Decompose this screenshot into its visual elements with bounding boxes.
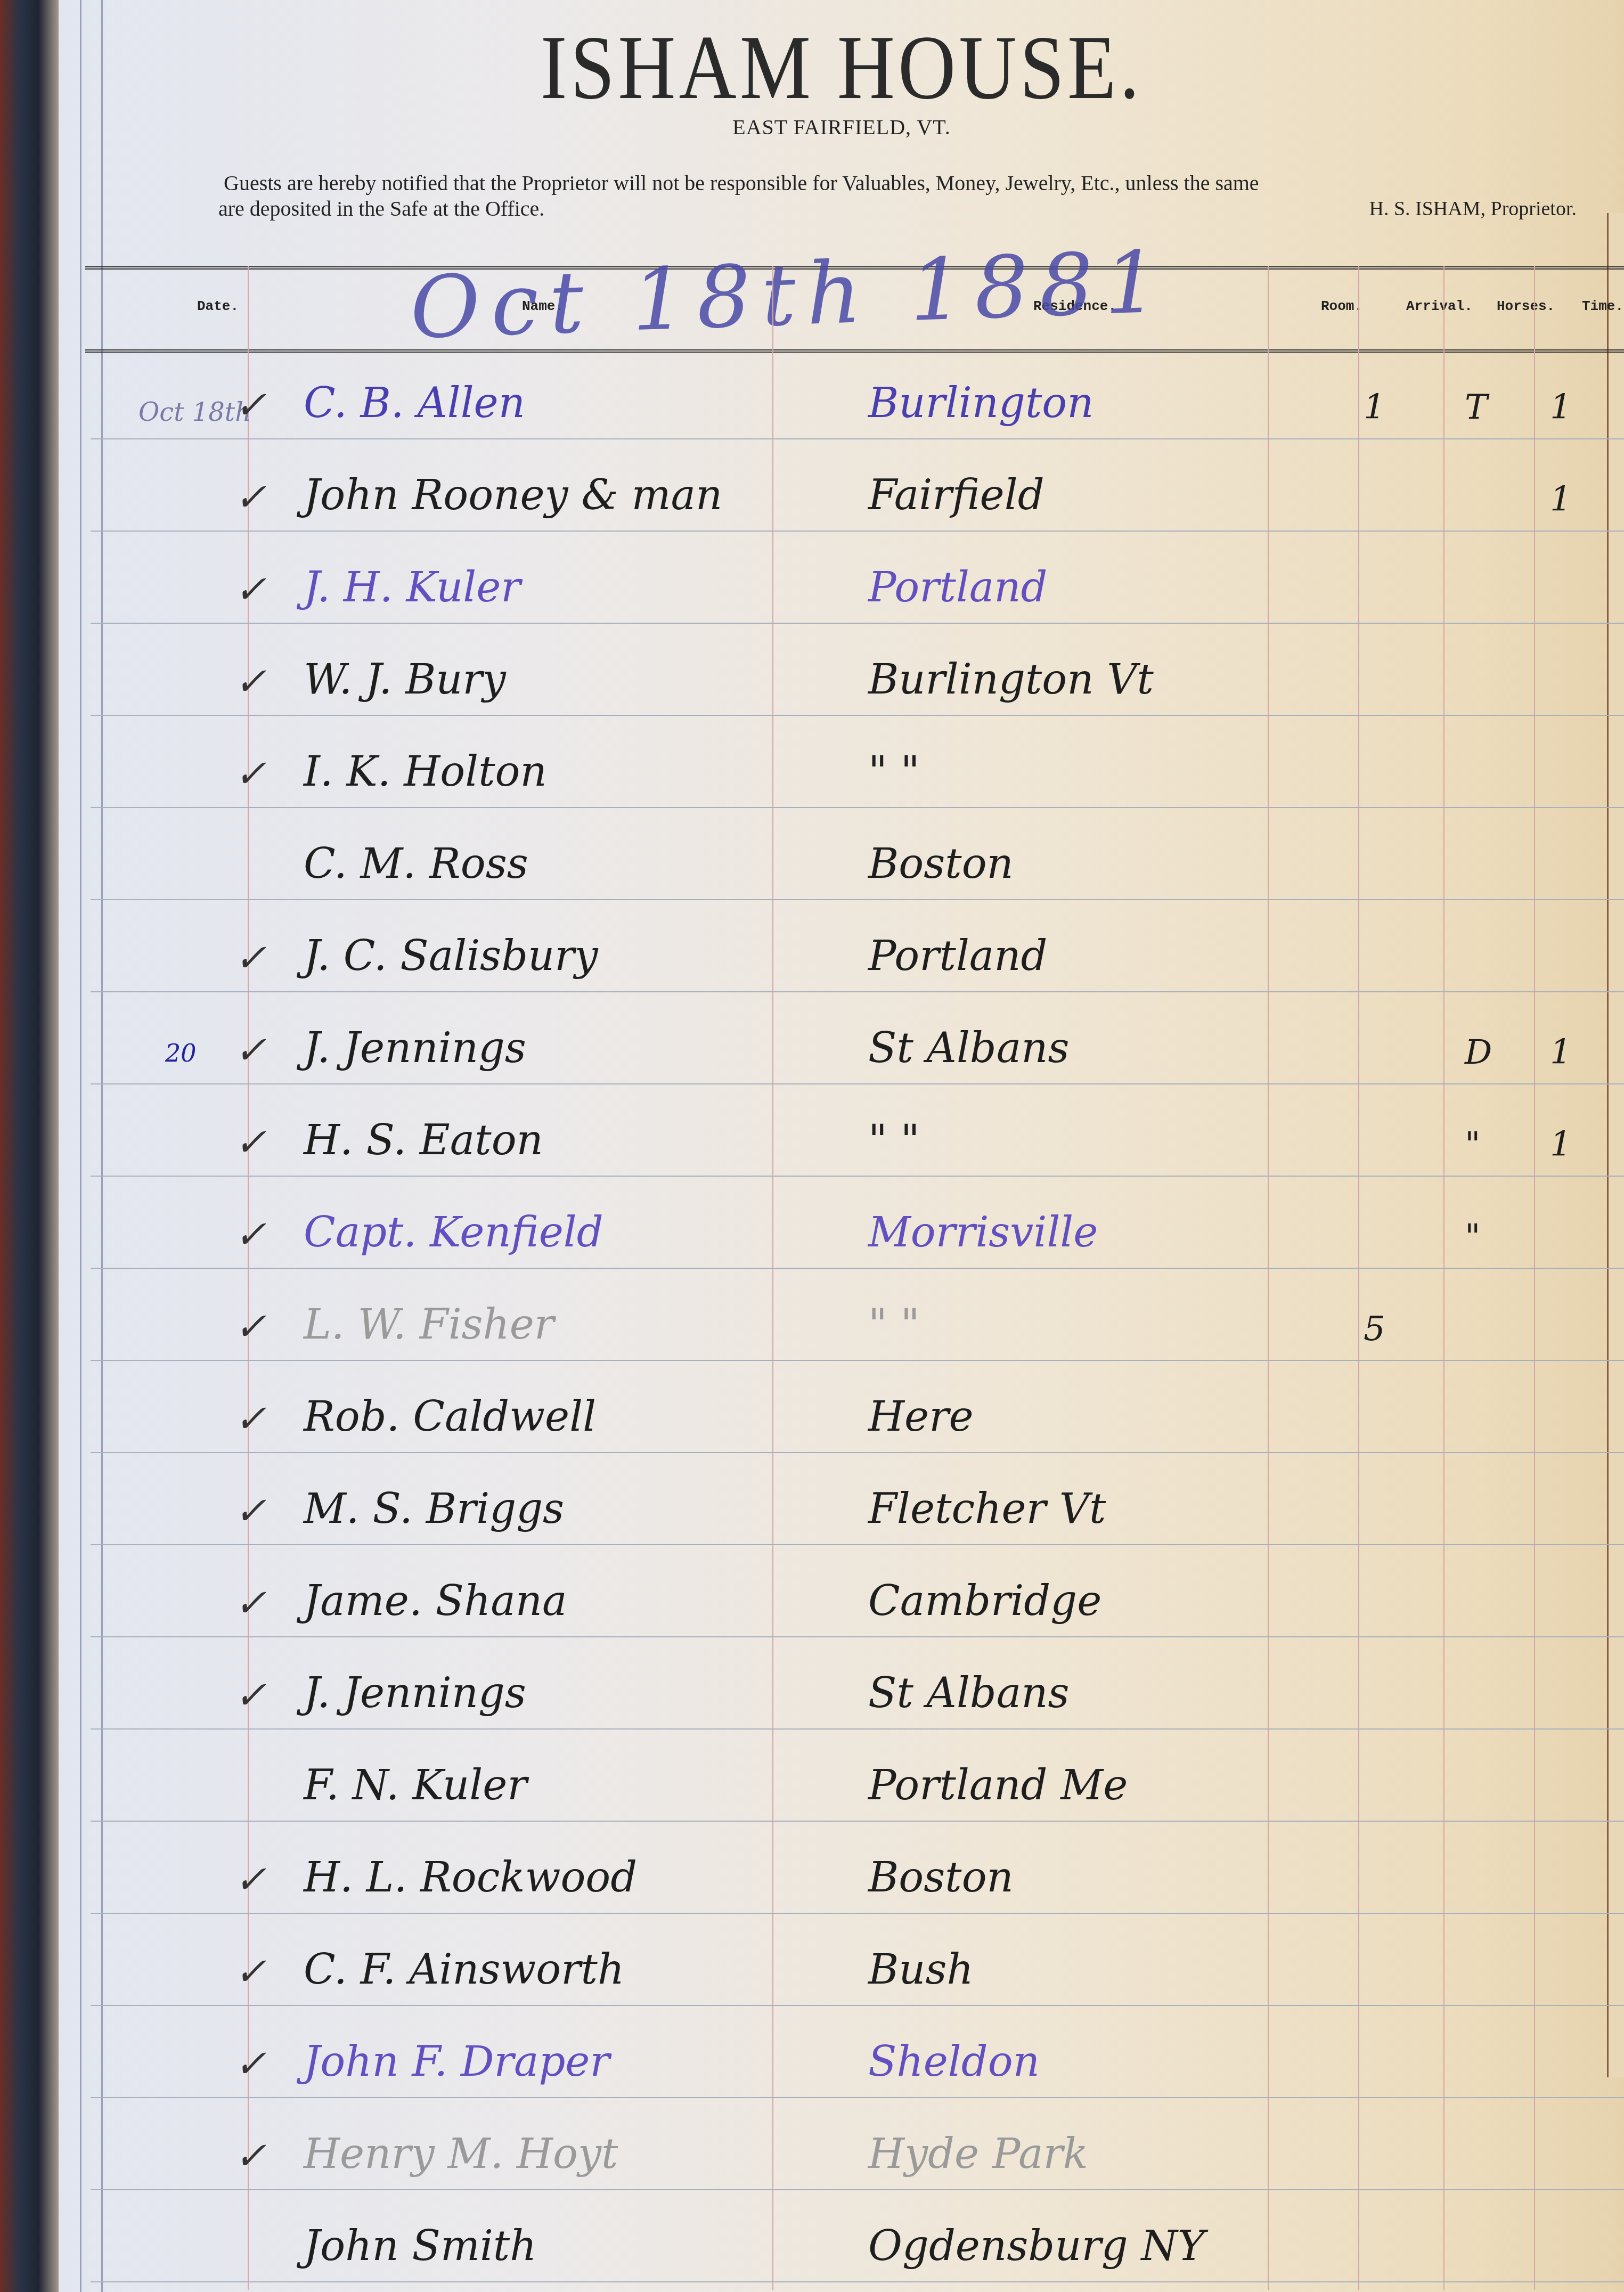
guest-name: J. H. Kuler bbox=[304, 564, 521, 611]
ruled-line bbox=[91, 2005, 1624, 2006]
column-header-date: Date. bbox=[197, 298, 239, 314]
ruled-line bbox=[91, 1913, 1624, 1914]
guest-name: H. S. Eaton bbox=[304, 1116, 543, 1164]
register-row: ✓J. H. KulerPortland bbox=[91, 536, 1624, 621]
guest-residence: Portland bbox=[868, 932, 1048, 980]
guest-residence: Ogdensburg NY bbox=[868, 2222, 1205, 2270]
register-row: John SmithOgdensburg NY bbox=[91, 2195, 1624, 2280]
register-row: Oct 18th✓C. B. AllenBurlington1T1 bbox=[91, 352, 1624, 437]
checkmark: ✓ bbox=[234, 1396, 266, 1441]
checkmark: ✓ bbox=[234, 1857, 266, 1902]
register-row: ✓M. S. BriggsFletcher Vt bbox=[91, 1457, 1624, 1543]
guest-name: Capt. Kenfield bbox=[304, 1209, 603, 1257]
checkmark: ✓ bbox=[234, 1580, 266, 1625]
ruled-line bbox=[91, 1728, 1624, 1730]
arrival-mark: D bbox=[1465, 1033, 1492, 1072]
horses-count: 1 bbox=[1550, 1125, 1572, 1164]
register-row: ✓Henry M. HoytHyde Park bbox=[91, 2102, 1624, 2188]
room-number: 5 bbox=[1364, 1309, 1385, 1349]
ruled-line bbox=[91, 1636, 1624, 1637]
register-row: ✓John F. DraperSheldon bbox=[91, 2010, 1624, 2095]
ruled-line bbox=[91, 1268, 1624, 1269]
register-row: ✓J. JenningsSt Albans bbox=[91, 1642, 1624, 1727]
guest-name: J. Jennings bbox=[304, 1024, 526, 1072]
guest-name: F. N. Kuler bbox=[304, 1761, 527, 1809]
register-page: ISHAM HOUSE. EAST FAIRFIELD, VT. Guests … bbox=[59, 0, 1624, 2292]
ruled-line bbox=[91, 1544, 1624, 1545]
guest-residence: Bush bbox=[868, 1946, 974, 1994]
checkmark: ✓ bbox=[234, 751, 266, 796]
ruled-line bbox=[91, 623, 1624, 624]
guest-name: L. W. Fisher bbox=[304, 1301, 554, 1349]
hotel-title: ISHAM HOUSE. bbox=[59, 14, 1624, 120]
column-header-room: Room. bbox=[1321, 298, 1362, 314]
guest-residence: Hyde Park bbox=[868, 2130, 1088, 2178]
guest-residence: Morrisville bbox=[868, 1209, 1098, 1257]
ruled-line bbox=[91, 531, 1624, 532]
gutter-line bbox=[80, 0, 81, 2292]
guest-residence: Here bbox=[868, 1393, 974, 1441]
guest-residence: " " bbox=[868, 1301, 920, 1349]
guest-residence: " " bbox=[868, 748, 920, 796]
room-number: 1 bbox=[1364, 388, 1385, 427]
ruled-line bbox=[91, 2097, 1624, 2098]
checkmark: ✓ bbox=[234, 2133, 266, 2178]
ruled-line bbox=[91, 807, 1624, 808]
register-row: ✓J. JenningsSt AlbansD1 bbox=[91, 997, 1624, 1082]
ruled-line bbox=[91, 438, 1624, 439]
guest-name: I. K. Holton bbox=[304, 748, 547, 796]
guest-residence: Burlington Vt bbox=[868, 656, 1154, 704]
horses-count: 1 bbox=[1550, 480, 1572, 519]
register-row: C. M. RossBoston bbox=[91, 812, 1624, 898]
register-row: ✓Jame. ShanaCambridge bbox=[91, 1549, 1624, 1635]
ruled-line bbox=[91, 1821, 1624, 1822]
checkmark: ✓ bbox=[234, 1673, 266, 1717]
guest-name: J. C. Salisbury bbox=[304, 932, 598, 980]
column-header-time: Time. bbox=[1582, 298, 1623, 314]
guest-residence: Boston bbox=[868, 840, 1014, 888]
horses-count: 1 bbox=[1550, 388, 1572, 427]
register-row: ✓W. J. BuryBurlington Vt bbox=[91, 628, 1624, 713]
guest-name: J. Jennings bbox=[304, 1669, 526, 1717]
guest-name: W. J. Bury bbox=[304, 656, 506, 704]
guest-residence: St Albans bbox=[868, 1669, 1070, 1717]
guest-residence: " " bbox=[868, 1116, 920, 1164]
register-row: ✓John Rooney & manFairfield1 bbox=[91, 444, 1624, 529]
checkmark: ✓ bbox=[234, 1120, 266, 1164]
guest-name: John Rooney & man bbox=[304, 471, 722, 519]
ruled-line bbox=[91, 991, 1624, 992]
proprietor-signature: H. S. ISHAM, Proprietor. bbox=[1369, 197, 1577, 221]
checkmark: ✓ bbox=[234, 1488, 266, 1533]
checkmark: ✓ bbox=[234, 1304, 266, 1349]
guest-residence: Boston bbox=[868, 1854, 1014, 1902]
hotel-location: EAST FAIRFIELD, VT. bbox=[59, 115, 1624, 140]
guest-residence: Burlington bbox=[868, 379, 1093, 427]
book-binding bbox=[0, 0, 64, 2292]
register-row: ✓J. C. SalisburyPortland bbox=[91, 904, 1624, 990]
guest-name: Henry M. Hoyt bbox=[304, 2130, 618, 2178]
register-row: ✓C. F. AinsworthBush bbox=[91, 1918, 1624, 2003]
checkmark: ✓ bbox=[234, 1027, 266, 1072]
guest-name: C. M. Ross bbox=[304, 840, 528, 888]
ruled-line bbox=[91, 2281, 1624, 2282]
guest-residence: Fairfield bbox=[868, 471, 1044, 519]
guest-residence: St Albans bbox=[868, 1024, 1070, 1072]
checkmark: ✓ bbox=[234, 659, 266, 704]
guest-residence: Cambridge bbox=[868, 1577, 1101, 1625]
checkmark: ✓ bbox=[234, 2041, 266, 2086]
column-header-arrival: Arrival. bbox=[1406, 298, 1473, 314]
horses-count: 1 bbox=[1550, 1033, 1572, 1072]
guest-name: H. L. Rockwood bbox=[304, 1854, 637, 1902]
checkmark: ✓ bbox=[234, 382, 266, 427]
arrival-mark: " bbox=[1465, 1125, 1480, 1164]
notice-line-1: Guests are hereby notified that the Prop… bbox=[224, 170, 1624, 196]
arrival-mark: T bbox=[1465, 388, 1488, 427]
guest-name: Rob. Caldwell bbox=[304, 1393, 596, 1441]
guest-name: John F. Draper bbox=[304, 2038, 610, 2086]
guest-residence: Portland bbox=[868, 564, 1048, 611]
ruled-line bbox=[91, 1360, 1624, 1361]
guest-name: M. S. Briggs bbox=[304, 1485, 564, 1533]
ruled-line bbox=[91, 1176, 1624, 1177]
checkmark: ✓ bbox=[234, 1949, 266, 1994]
checkmark: ✓ bbox=[234, 1212, 266, 1257]
checkmark: ✓ bbox=[234, 475, 266, 519]
guest-name: John Smith bbox=[304, 2222, 536, 2270]
ruled-line bbox=[91, 715, 1624, 716]
ruled-line bbox=[91, 899, 1624, 900]
guest-name: Jame. Shana bbox=[304, 1577, 567, 1625]
ruled-line bbox=[91, 1452, 1624, 1453]
column-header-horses: Horses. bbox=[1497, 298, 1555, 314]
checkmark: ✓ bbox=[234, 567, 266, 611]
arrival-mark: " bbox=[1465, 1217, 1480, 1257]
checkmark: ✓ bbox=[234, 935, 266, 980]
guest-residence: Fletcher Vt bbox=[868, 1485, 1106, 1533]
ruled-line bbox=[91, 1083, 1624, 1084]
register-row: ✓H. L. RockwoodBoston bbox=[91, 1826, 1624, 1911]
guest-residence: Portland Me bbox=[868, 1761, 1128, 1809]
register-row: F. N. KulerPortland Me bbox=[91, 1734, 1624, 1819]
guest-name: C. B. Allen bbox=[304, 379, 525, 427]
register-row: ✓Rob. CaldwellHere bbox=[91, 1365, 1624, 1450]
ruled-line bbox=[91, 2189, 1624, 2190]
guest-name: C. F. Ainsworth bbox=[304, 1946, 624, 1994]
register-row: ✓I. K. Holton" " bbox=[91, 720, 1624, 805]
register-row: ✓L. W. Fisher" "5 bbox=[91, 1273, 1624, 1358]
register-row: ✓Capt. KenfieldMorrisville" bbox=[91, 1181, 1624, 1266]
guest-residence: Sheldon bbox=[868, 2038, 1040, 2086]
register-row: ✓H. S. Eaton" ""1 bbox=[91, 1089, 1624, 1174]
